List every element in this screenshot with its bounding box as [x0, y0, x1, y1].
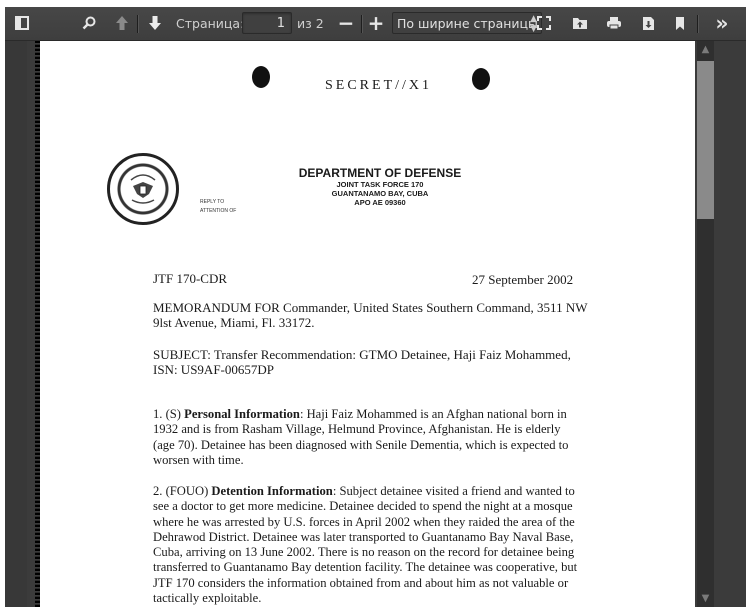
- download-icon: [642, 16, 655, 31]
- zoom-in-button[interactable]: +: [363, 11, 389, 35]
- print-button[interactable]: [601, 11, 627, 35]
- letterhead-title: DEPARTMENT OF DEFENSE: [265, 166, 495, 180]
- bookmark-button[interactable]: [667, 11, 693, 35]
- open-folder-icon: [572, 16, 588, 30]
- arrow-up-icon: [115, 15, 129, 31]
- punch-hole: [472, 68, 490, 90]
- double-chevron-right-icon: »: [716, 11, 729, 35]
- section-heading: Detention Information: [211, 484, 332, 498]
- pdf-viewer-window: Страница: 1 из 2 − + По ширине страницы …: [5, 7, 746, 607]
- subject-line: ISN: US9AF-00657DP: [153, 362, 274, 378]
- sidebar-toggle-button[interactable]: [9, 11, 35, 35]
- punch-hole: [252, 66, 270, 88]
- document-viewport: SECRET//X1 REPLY TO ATTENTION OF DEPARTM…: [5, 41, 746, 607]
- page-total: из 2: [297, 16, 324, 31]
- eagle-emblem-icon: [129, 172, 157, 206]
- tools-menu-button[interactable]: »: [709, 11, 735, 35]
- reply-to-label: REPLY TO ATTENTION OF: [200, 198, 236, 216]
- toolbar: Страница: 1 из 2 − + По ширине страницы …: [5, 7, 746, 41]
- find-button[interactable]: [76, 11, 102, 35]
- next-page-button[interactable]: [142, 11, 168, 35]
- pdf-page: SECRET//X1 REPLY TO ATTENTION OF DEPARTM…: [35, 41, 695, 607]
- zoom-select[interactable]: По ширине страницы ▲▼: [392, 12, 542, 34]
- previous-page-button[interactable]: [109, 11, 135, 35]
- presentation-mode-button[interactable]: [531, 11, 557, 35]
- scroll-down-button[interactable]: ▼: [697, 590, 714, 607]
- subject-line: SUBJECT: Transfer Recommendation: GTMO D…: [153, 347, 571, 363]
- search-icon: [82, 16, 96, 30]
- sidebar-icon: [15, 16, 29, 30]
- letterhead-line: APO AE 09360: [265, 198, 495, 207]
- zoom-out-button[interactable]: −: [333, 11, 359, 35]
- fullscreen-icon: [537, 16, 551, 30]
- page-label: Страница:: [176, 16, 244, 31]
- memo-for-line: 9lst Avenue, Miami, Fl. 33172.: [153, 315, 315, 331]
- scan-edge: [35, 41, 40, 607]
- memo-date: 27 September 2002: [472, 272, 573, 288]
- letterhead-line: JOINT TASK FORCE 170: [265, 180, 495, 189]
- printer-icon: [606, 16, 622, 30]
- paragraph-personal-information: 1. (S) Personal Information: Haji Faiz M…: [153, 407, 633, 468]
- minus-icon: −: [338, 11, 355, 35]
- plus-icon: +: [368, 11, 385, 35]
- office-symbol: JTF 170-CDR: [153, 271, 227, 287]
- zoom-select-value: По ширине страницы: [397, 16, 538, 31]
- letterhead: DEPARTMENT OF DEFENSE JOINT TASK FORCE 1…: [265, 166, 495, 207]
- page-number-input[interactable]: 1: [242, 12, 292, 34]
- vertical-scrollbar[interactable]: ▲ ▼: [697, 41, 714, 607]
- toolbar-separator: [697, 15, 699, 33]
- scrollbar-thumb[interactable]: [697, 61, 714, 219]
- memo-for-line: MEMORANDUM FOR Commander, United States …: [153, 300, 587, 316]
- letterhead-line: GUANTANAMO BAY, CUBA: [265, 189, 495, 198]
- chevron-up-icon: ▲: [702, 44, 710, 55]
- toolbar-separator: [137, 15, 139, 33]
- paragraph-detention-information: 2. (FOUO) Detention Information: Subject…: [153, 484, 633, 606]
- classification-marking: SECRET//X1: [325, 78, 432, 94]
- arrow-down-icon: [148, 15, 162, 31]
- dod-seal-logo: [107, 153, 179, 225]
- scroll-up-button[interactable]: ▲: [697, 41, 714, 58]
- section-heading: Personal Information: [184, 407, 300, 421]
- download-button[interactable]: [635, 11, 661, 35]
- bookmark-icon: [675, 16, 685, 31]
- open-file-button[interactable]: [567, 11, 593, 35]
- chevron-down-icon: ▼: [702, 593, 710, 604]
- viewer-gutter: [5, 41, 27, 607]
- viewer-gutter: [714, 41, 746, 607]
